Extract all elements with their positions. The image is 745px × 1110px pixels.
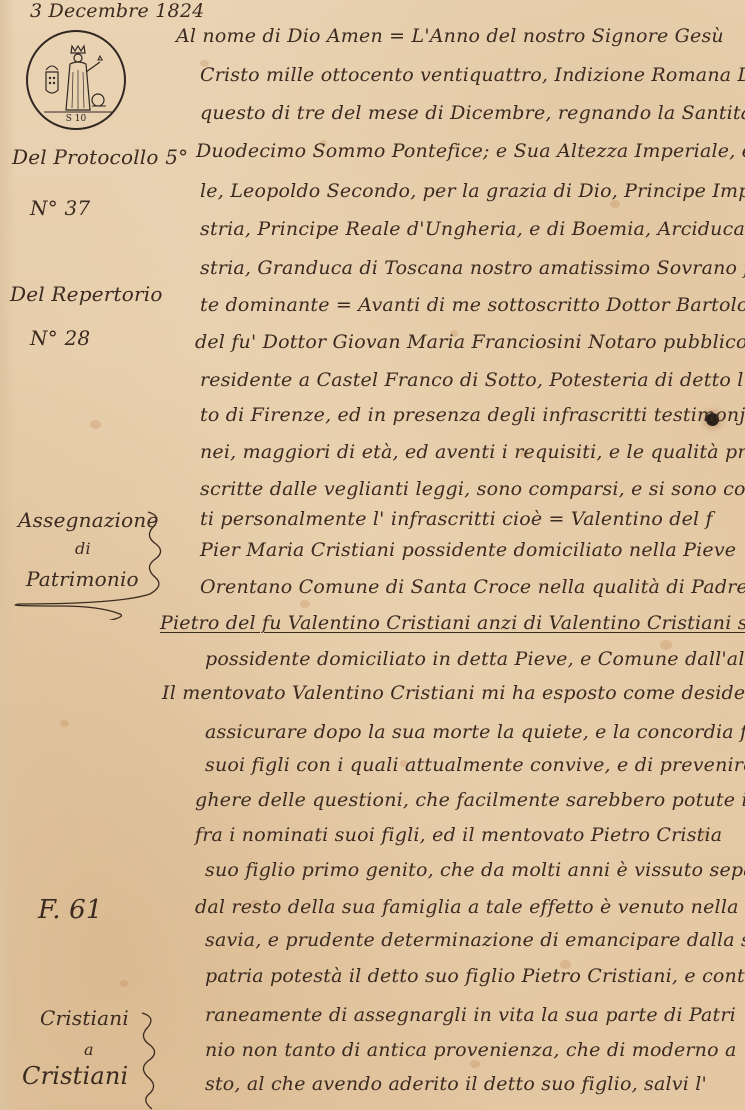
body-line: to di Firenze, ed in presenza degli infr…: [200, 403, 745, 427]
body-line: le, Leopoldo Secondo, per la grazia di D…: [200, 179, 745, 203]
body-line: Pietro del fu Valentino Cristiani anzi d…: [160, 611, 745, 635]
body-line: stria, Granduca di Toscana nostro amatis…: [200, 256, 745, 280]
body-line: assicurare dopo la sua morte la quiete, …: [205, 720, 745, 744]
parties-cristiani-2: Cristiani: [22, 1064, 128, 1088]
protocol-label: Del Protocollo 5°: [12, 145, 188, 169]
subject-di: di: [75, 537, 91, 561]
repertory-number: N° 28: [30, 326, 90, 350]
subject-patrimonio: Patrimonio: [26, 567, 139, 591]
age-spot: [120, 980, 128, 987]
body-line: suo figlio primo genito, che da molti an…: [205, 858, 745, 882]
age-spot: [90, 420, 101, 429]
stamp-value: S 10: [28, 114, 124, 124]
body-line: patria potestà il detto suo figlio Pietr…: [205, 964, 745, 988]
body-line: nei, maggiori di età, ed aventi i requis…: [200, 440, 745, 464]
parties-cristiani-1: Cristiani: [40, 1006, 129, 1030]
body-line: Pier Maria Cristiani possidente domicili…: [200, 538, 736, 562]
body-line: te dominante = Avanti di me sottoscritto…: [200, 293, 745, 317]
body-line: dal resto della sua famiglia a tale effe…: [195, 895, 739, 919]
body-line: Il mentovato Valentino Cristiani mi ha e…: [162, 681, 745, 705]
body-line: suoi figli con i quali attualmente convi…: [205, 753, 745, 777]
folio-number: F. 61: [38, 898, 103, 922]
age-spot: [300, 600, 310, 608]
manuscript-page: 3 Decembre 1824 S 10 Del Proto: [0, 0, 745, 1110]
body-line: possidente domiciliato in detta Pieve, e…: [205, 647, 745, 671]
body-line: residente a Castel Franco di Sotto, Pote…: [200, 368, 745, 392]
parties-a: a: [84, 1038, 94, 1062]
body-line: ghere delle questioni, che facilmente sa…: [195, 788, 745, 812]
protocol-number: N° 37: [30, 196, 90, 220]
body-line: nio non tanto di antica provenienza, che…: [205, 1038, 737, 1062]
body-line: Duodecimo Sommo Pontefice; e Sua Altezza…: [196, 139, 745, 163]
body-line: del fu' Dottor Giovan Maria Franciosini …: [195, 330, 745, 354]
body-line: scritte dalle veglianti leggi, sono comp…: [200, 477, 745, 501]
revenue-stamp: S 10: [26, 30, 126, 130]
repertory-label: Del Repertorio: [10, 282, 163, 306]
body-line: ti personalmente l' infrascritti cioè = …: [200, 507, 713, 531]
body-line: stria, Principe Reale d'Ungheria, e di B…: [200, 217, 745, 241]
body-line: savia, e prudente determinazione di eman…: [205, 928, 745, 952]
parties-brace-icon: [140, 1005, 170, 1110]
subject-assegnazione: Assegnazione: [18, 508, 159, 532]
date-header: 3 Decembre 1824: [30, 0, 204, 22]
body-line: raneamente di assegnargli in vita la sua…: [205, 1003, 736, 1027]
body-line: Al nome di Dio Amen = L'Anno del nostro …: [176, 24, 724, 48]
body-line: sto, al che avendo aderito il detto suo …: [205, 1072, 707, 1096]
body-line: Orentano Comune di Santa Croce nella qua…: [200, 575, 745, 599]
body-line: fra i nominati suoi figli, ed il mentova…: [195, 823, 722, 847]
age-spot: [60, 720, 69, 727]
body-line: questo di tre del mese di Dicembre, regn…: [200, 101, 745, 125]
body-line: Cristo mille ottocento ventiquattro, Ind…: [200, 63, 745, 87]
